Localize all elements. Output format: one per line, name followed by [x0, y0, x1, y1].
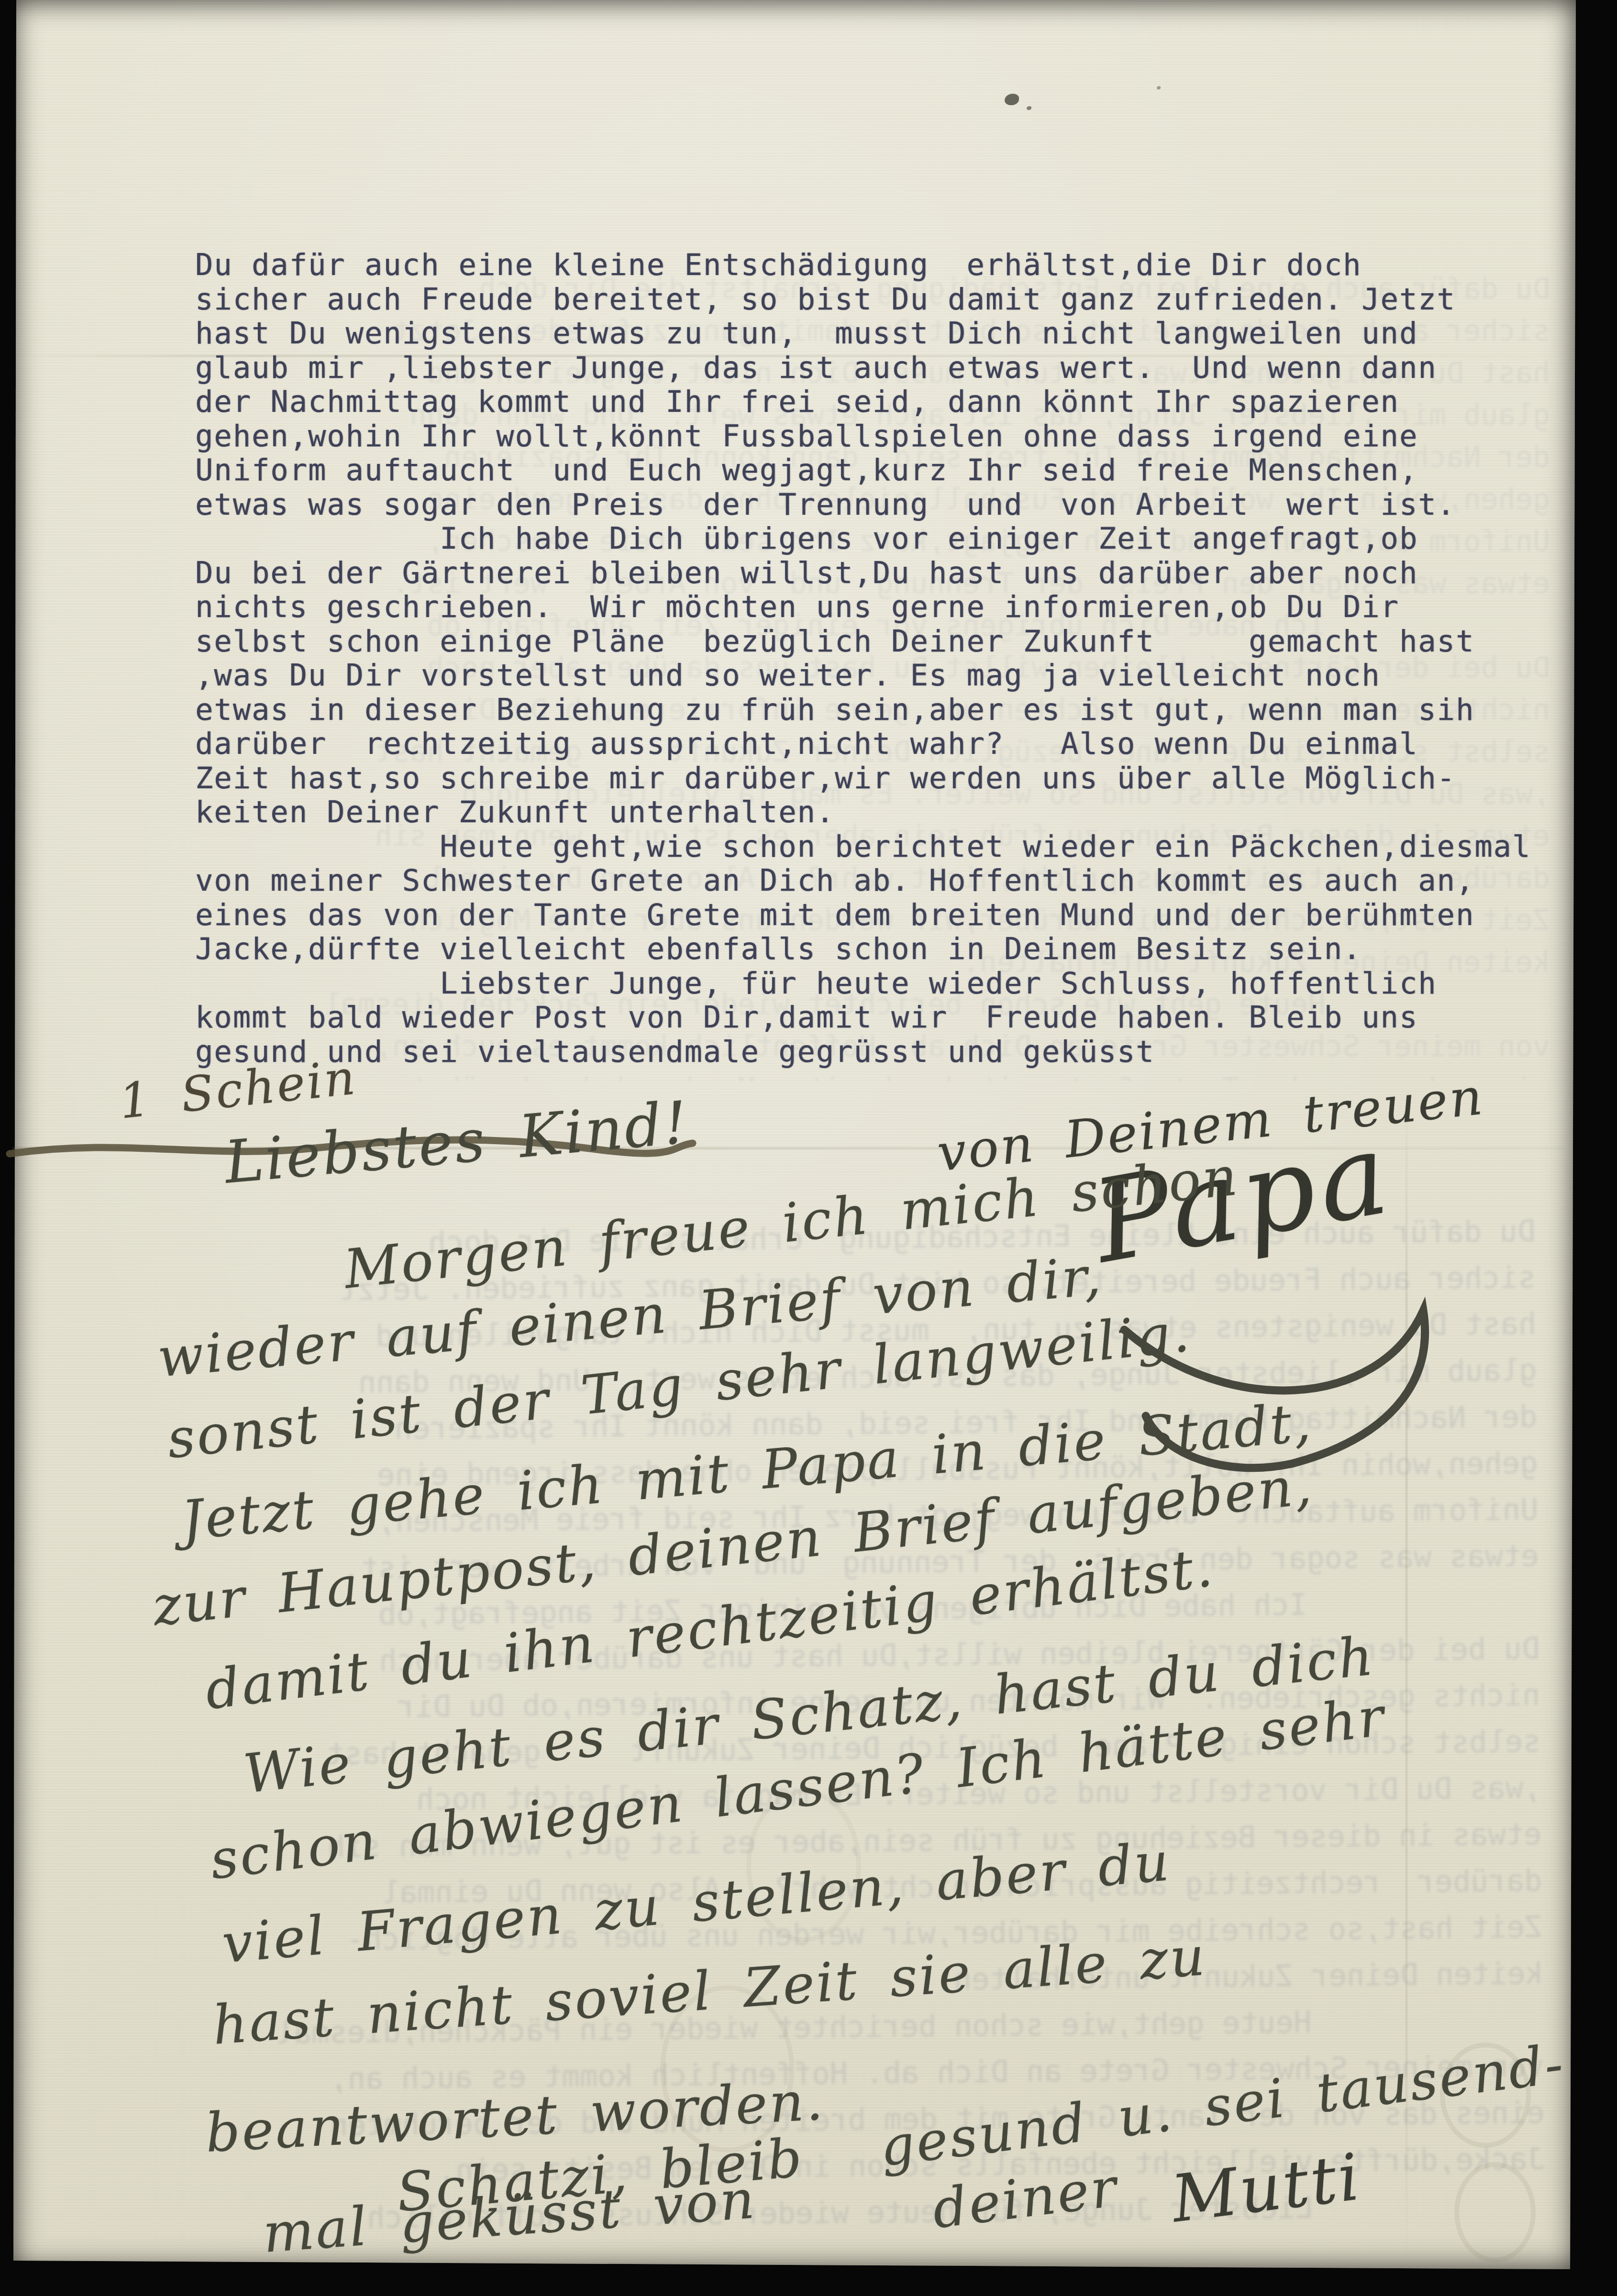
typed-line: glaub mir ,liebster Junge, das ist auch …	[195, 351, 1531, 385]
typed-line: eines das von der Tante Grete mit dem br…	[195, 898, 1531, 932]
scanned-letter-page: Du dafür auch eine kleine Entschädigung …	[0, 0, 1617, 2296]
typed-line: sicher auch Freude bereitet, so bist Du …	[195, 282, 1531, 317]
typed-line: darüber rechtzeitig ausspricht,nicht wah…	[195, 727, 1531, 761]
typed-line: Du dafür auch eine kleine Entschädigung …	[195, 248, 1531, 282]
typed-line: Uniform auftaucht und Euch wegjagt,kurz …	[195, 453, 1531, 487]
typewritten-text-block: Du dafür auch eine kleine Entschädigung …	[195, 248, 1531, 1069]
typed-line: Ich habe Dich übrigens vor einiger Zeit …	[195, 521, 1531, 556]
typed-line: etwas in dieser Beziehung zu früh sein,a…	[195, 693, 1531, 727]
typed-line: keiten Deiner Zukunft unterhalten.	[195, 795, 1531, 829]
typed-line: gehen,wohin Ihr wollt,könnt Fussballspie…	[195, 419, 1531, 453]
typed-line: etwas was sogar den Preis der Trennung u…	[195, 487, 1531, 522]
typed-line: Heute geht,wie schon berichtet wieder ei…	[195, 829, 1531, 864]
typed-line: ,was Du Dir vorstellst und so weiter. Es…	[195, 658, 1531, 693]
typed-line: Liebster Junge, für heute wieder Schluss…	[195, 966, 1531, 1001]
typed-line: von meiner Schwester Grete an Dich ab. H…	[195, 863, 1531, 898]
typed-line: nichts geschrieben. Wir möchten uns gern…	[195, 590, 1531, 624]
typed-line: kommt bald wieder Post von Dir,damit wir…	[195, 1000, 1531, 1035]
typed-line: Du bei der Gärtnerei bleiben willst,Du h…	[195, 556, 1531, 590]
typed-line: selbst schon einige Pläne bezüglich Dein…	[195, 624, 1531, 659]
typed-line: gesund und sei vieltausendmale gegrüsst …	[195, 1035, 1531, 1069]
typed-line: der Nachmittag kommt und Ihr frei seid, …	[195, 385, 1531, 419]
typed-line: hast Du wenigstens etwas zu tun, musst D…	[195, 316, 1531, 351]
typed-line: Jacke,dürfte vielleicht ebenfalls schon …	[195, 932, 1531, 966]
typed-line: Zeit hast,so schreibe mir darüber,wir we…	[195, 761, 1531, 795]
